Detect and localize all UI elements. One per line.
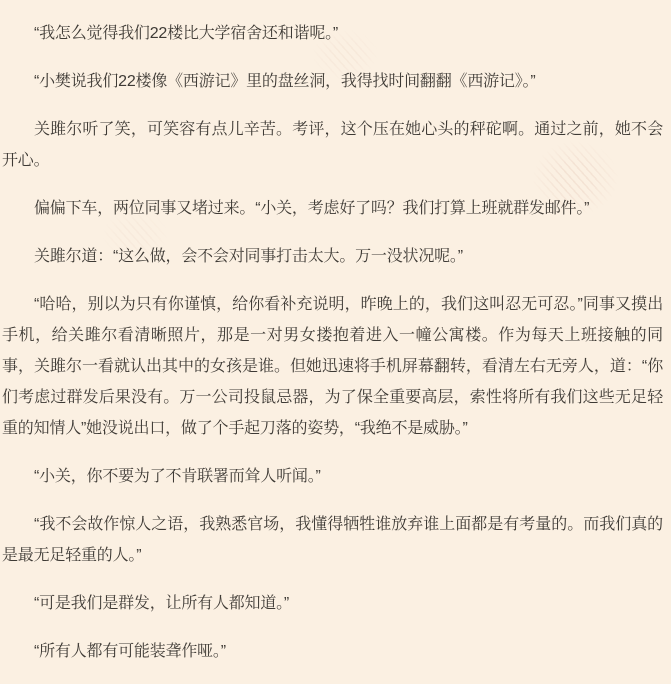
novel-paragraph: “我不会故作惊人之语，我熟悉官场，我懂得牺牲谁放弃谁上面都是有考量的。而我们真的… [2, 509, 663, 571]
novel-paragraph: 关雎尔听了笑，可笑容有点儿辛苦。考评，这个压在她心头的秤砣啊。通过之前，她不会开… [2, 114, 663, 176]
reader-page: “我怎么觉得我们22楼比大学宿舍还和谐呢。” “小樊说我们22楼像《西游记》里的… [0, 0, 671, 684]
novel-paragraph: 偏偏下车，两位同事又堵过来。“小关，考虑好了吗？我们打算上班就群发邮件。” [2, 193, 663, 224]
novel-paragraph: “可是我们是群发，让所有人都知道。” [2, 588, 663, 619]
novel-paragraph: “小关，你不要为了不肯联署而耸人听闻。” [2, 461, 663, 492]
novel-paragraph: “所有人都有可能装聋作哑。” [2, 636, 663, 667]
novel-paragraph: “哈哈，别以为只有你谨慎，给你看补充说明，昨晚上的，我们这叫忍无可忍。”同事又摸… [2, 289, 663, 444]
novel-paragraph: “我怎么觉得我们22楼比大学宿舍还和谐呢。” [2, 18, 663, 49]
novel-paragraph: 关雎尔道：“这么做，会不会对同事打击太大。万一没状况呢。” [2, 241, 663, 272]
novel-paragraph: “小樊说我们22楼像《西游记》里的盘丝洞，我得找时间翻翻《西游记》。” [2, 66, 663, 97]
